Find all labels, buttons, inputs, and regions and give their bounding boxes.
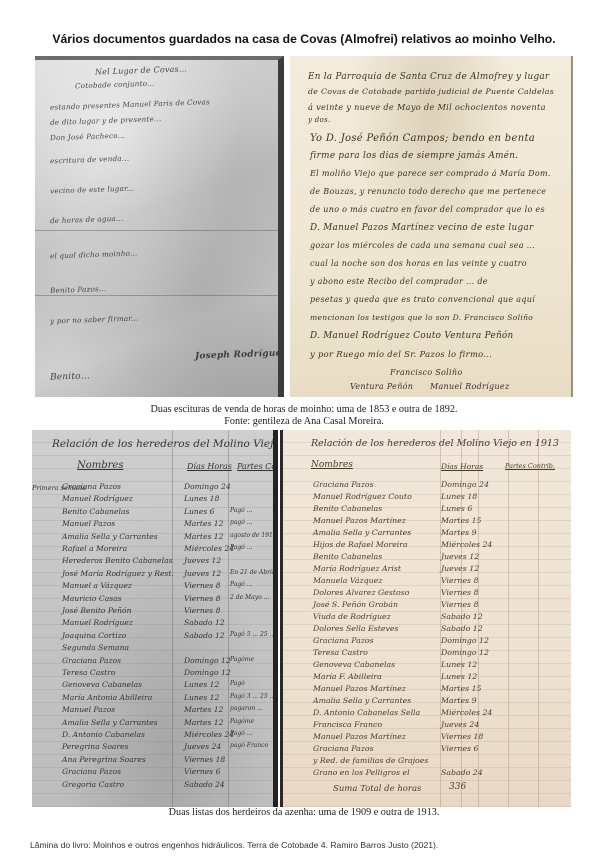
heir-name: Manuel Pazos Martínez: [313, 732, 406, 741]
heir-note: Pagó 3 ... 25 ...: [230, 693, 275, 700]
heir-name: Peregrina Soares: [62, 742, 128, 751]
heir-name: Mauricio Casas: [62, 594, 122, 603]
heir-name: Genoveva Cabanelas: [62, 680, 142, 689]
heir-name: Teresa Castro: [313, 648, 368, 657]
column-header: Nombres: [77, 460, 123, 471]
heir-day-hours: Domingo 24: [441, 480, 489, 489]
heir-note: agosto de 1913: [230, 532, 277, 539]
handwriting-line: mencionan los testigos que lo son D. Fra…: [310, 313, 533, 322]
heirs-list-1913-photo: Relación de los herederos del Molino Vie…: [280, 430, 571, 807]
heir-note: Pagó ...: [230, 730, 252, 737]
heir-name: Graciana Pazos: [313, 636, 374, 645]
handwriting-line: Nel Lugar de Covas...: [95, 64, 187, 76]
heir-day-hours: Martes 9: [441, 528, 477, 537]
handwriting-line: Benito Pazos...: [50, 284, 107, 295]
heir-day-hours: Domingo 12: [184, 668, 231, 677]
heir-day-hours: Martes 15: [441, 516, 482, 525]
heir-name: María Antonia Abilleira: [62, 693, 152, 702]
page-title: Vários documentos guardados na casa de C…: [0, 32, 608, 46]
heir-name: Benito Cabanelas: [313, 552, 382, 561]
heir-name: Manuel a Vázquez: [62, 581, 132, 590]
handwriting-line: y por Ruego mío del Sr. Pazos lo firmo..…: [310, 349, 492, 359]
heir-name: Dolores Alvarez Gestoso: [313, 588, 409, 597]
handwriting-line: D. Manuel Rodríguez Couto Ventura Peñón: [310, 331, 513, 341]
heirs-list-1909-photo: Relación de los herederos del Molino Vie…: [32, 430, 278, 807]
paper-fold: [35, 295, 278, 296]
heir-day-hours: Sabado 24: [184, 780, 225, 789]
heir-name: Herederos Benito Cabanelas: [62, 556, 173, 565]
handwriting-line: y abono este Recibo del comprador ... de: [310, 277, 488, 286]
heir-note: Pagó 5 ... 25 ...: [230, 631, 275, 638]
heir-name: Graciana Pazos: [313, 480, 374, 489]
handwriting-line: cual la noche son dos horas en las veint…: [310, 259, 527, 268]
heir-day-hours: Sabado 12: [184, 618, 225, 627]
heir-name: Manuel Pazos: [62, 519, 115, 528]
handwriting-line: En la Parroquia de Santa Cruz de Almofre…: [308, 72, 549, 82]
heir-name: María F. Abilleira: [313, 672, 382, 681]
heir-name: Grano en los Pelligros el: [313, 768, 410, 777]
heir-day-hours: Miércoles 24: [441, 708, 492, 717]
heir-day-hours: Lunes 6: [441, 504, 472, 513]
book-credit: Lâmina do livro: Moinhos e outros engenh…: [30, 840, 438, 850]
top-caption-line2: Fonte: gentileza de Ana Casal Moreira.: [0, 416, 608, 427]
heir-note: Pagó ...: [230, 544, 252, 551]
total-label: Suma Total de horas: [333, 784, 421, 794]
handwriting-line: y dos.: [308, 116, 331, 124]
heir-day-hours: Martes 15: [441, 684, 482, 693]
heir-day-hours: Martes 12: [184, 519, 223, 528]
heir-name: María Rodríguez Arist: [313, 564, 401, 573]
heir-name: Graciana Pazos: [62, 656, 121, 665]
heir-day-hours: Jueves 12: [441, 552, 479, 561]
handwriting-line: Yo D. José Peñón Campos; bendo en benta: [310, 133, 535, 144]
handwriting-line: el qual dicho moinho...: [50, 248, 138, 260]
heir-day-hours: Martes 12: [184, 532, 223, 541]
heir-day-hours: Viernes 18: [184, 755, 225, 764]
heir-day-hours: Sabado 12: [184, 631, 225, 640]
heir-day-hours: Lunes 6: [184, 507, 214, 516]
heir-day-hours: Lunes 12: [184, 680, 219, 689]
heir-day-hours: Viernes 8: [184, 594, 220, 603]
heir-day-hours: Viernes 8: [184, 581, 220, 590]
handwriting-line: D. Manuel Pazos Martínez vecino de este …: [310, 223, 533, 233]
list-heading: Relación de los herederos del Molino Vie…: [311, 438, 559, 449]
heir-note: Pagó ...: [230, 507, 252, 514]
heir-name: Amalia Sella y Carrantes: [62, 532, 158, 541]
handwriting-line: escritura de venda...: [50, 154, 130, 166]
heir-name: Francisca Franco: [313, 720, 382, 729]
heir-day-hours: Martes 12: [184, 718, 223, 727]
heir-name: José S. Peñón Grobán: [313, 600, 398, 609]
handwriting-line: estando presentes Manuel Paris de Covas: [50, 97, 210, 112]
handwriting-line: y por no saber firmar...: [50, 313, 139, 325]
heir-day-hours: Martes 12: [184, 705, 223, 714]
signature: Ventura Peñón: [350, 382, 413, 391]
heir-name: Teresa Castro: [62, 668, 115, 677]
top-caption-line1: Duas escituras de venda de horas de moin…: [0, 404, 608, 415]
deed-1853-photo: Nel Lugar de Covas... Cotobade conjunto.…: [35, 56, 284, 397]
heir-name: Dolores Sella Esteves: [313, 624, 398, 633]
signature: Francisco Soliño: [390, 368, 462, 377]
handwriting-line: á veinte y nueve de Mayo de Mil ochocien…: [308, 102, 546, 112]
heir-note: pagó Franco: [230, 742, 268, 749]
heir-day-hours: Domingo 12: [184, 656, 231, 665]
heir-note: 2 de Mayo ...: [230, 594, 269, 601]
heir-name: Benito Cabanelas: [62, 507, 129, 516]
heir-note: En 21 de Abril ...: [230, 569, 278, 576]
heir-day-hours: Sabado 24: [441, 768, 483, 777]
heir-day-hours: Viernes 18: [441, 732, 483, 741]
column-header: Partes Cont.: [237, 462, 278, 471]
total-value: 336: [449, 782, 466, 792]
heir-day-hours: Jueves 24: [441, 720, 479, 729]
heir-name: Joaquina Cortizo: [62, 631, 126, 640]
heir-day-hours: Lunes 12: [184, 693, 219, 702]
heir-name: Ana Peregrina Soares: [62, 755, 146, 764]
heir-note: Pagó ...: [230, 581, 252, 588]
handwriting-line: de dito lugar y de presente...: [50, 114, 162, 127]
heir-day-hours: Viernes 8: [441, 588, 478, 597]
heir-day-hours: Domingo 12: [441, 648, 489, 657]
handwriting-line: de horas de agua...: [50, 214, 124, 226]
heir-day-hours: Jueves 12: [184, 569, 221, 578]
heir-note: Pagóme: [230, 718, 254, 725]
deed-1892-photo: En la Parroquia de Santa Cruz de Almofre…: [290, 56, 573, 397]
heir-name: Genoveva Cabanelas: [313, 660, 395, 669]
heir-day-hours: Jueves 24: [184, 742, 221, 751]
heir-day-hours: Lunes 12: [441, 660, 477, 669]
column-rule: [508, 430, 509, 807]
heir-name: Manuel Rodríguez: [62, 618, 133, 627]
handwriting-line: pesetas y queda que es trato convenciona…: [310, 295, 535, 304]
column-header: Días Horas: [441, 462, 483, 471]
column-header: Días Horas: [187, 462, 232, 471]
heir-day-hours: Lunes 12: [441, 672, 477, 681]
heir-name: Manuel Rodríguez Couto: [313, 492, 412, 501]
column-header: Nombres: [311, 460, 353, 470]
heir-name: José María Rodríguez y Rest.: [62, 569, 174, 578]
heir-name: Amalia Sella y Carrantes: [313, 696, 411, 705]
heir-name: Manuel Pazos Martínez: [313, 516, 406, 525]
heir-note: Pagóme: [230, 656, 254, 663]
heir-day-hours: Sabado 12: [441, 624, 483, 633]
heir-name: Manuela Vázquez: [313, 576, 382, 585]
heir-name: Graciana Pazos: [313, 744, 374, 753]
heir-name: José Benito Peñón: [62, 606, 131, 615]
heir-day-hours: Jueves 12: [441, 564, 479, 573]
column-header: Partes Contrib.: [505, 462, 555, 470]
heir-name: Benito Cabanelas: [313, 504, 382, 513]
heir-name: Rafael a Moreira: [62, 544, 127, 553]
handwriting-line: vecino de este lugar...: [50, 184, 135, 196]
column-rule: [538, 430, 539, 807]
heir-name: y Red. de familias de Grajoes: [313, 756, 428, 765]
heir-day-hours: Miércoles 24: [184, 544, 234, 553]
heir-day-hours: Domingo 24: [184, 482, 231, 491]
heir-day-hours: Jueves 12: [184, 556, 221, 565]
heir-note: pagaron ...: [230, 705, 263, 712]
heir-name: Segunda Semana: [62, 643, 129, 652]
heir-name: Graciana Pazos: [62, 482, 121, 491]
bottom-caption: Duas listas dos herdeiros da azenha: uma…: [0, 807, 608, 818]
heir-name: Manuel Rodríguez: [62, 494, 133, 503]
heir-day-hours: Lunes 18: [184, 494, 219, 503]
heir-name: D. Antonio Cabanelas: [62, 730, 145, 739]
handwriting-line: de Covas de Cotobade partido judicial de…: [308, 87, 554, 96]
handwriting-line: El moliño Viejo que parece ser comprado …: [310, 169, 551, 178]
heir-name: Manuel Pazos: [62, 705, 115, 714]
column-rule: [172, 430, 173, 807]
list-heading: Relación de los herederos del Molino Vie…: [52, 438, 278, 450]
heir-day-hours: Domingo 12: [441, 636, 489, 645]
heir-note: Pagó: [230, 680, 245, 687]
paper-fold: [35, 230, 278, 231]
handwriting-line: firme para los dias de siempre jamás Amé…: [310, 151, 518, 161]
heir-day-hours: Lunes 18: [441, 492, 477, 501]
heir-day-hours: Viernes 8: [441, 600, 478, 609]
heir-day-hours: Viernes 8: [184, 606, 220, 615]
heir-name: Amalia Sella y Carrantes: [313, 528, 411, 537]
heir-name: Amalia Sella y Carrantes: [62, 718, 158, 727]
handwriting-line: Benito...: [50, 371, 90, 382]
heir-day-hours: Miércoles 24: [184, 730, 234, 739]
handwriting-line: gozar los miércoles de cada una semana c…: [310, 241, 535, 250]
heir-name: D. Antonio Cabanelas Sella: [313, 708, 420, 717]
heir-name: Viuda de Rodríguez: [313, 612, 391, 621]
heir-day-hours: Viernes 6: [441, 744, 478, 753]
handwriting-line: de Bouzas, y renuncio todo derecho que m…: [310, 187, 546, 196]
heir-day-hours: Martes 9: [441, 696, 477, 705]
handwriting-line: de uno o más cuatro en favor del comprad…: [310, 205, 545, 214]
heir-name: Hijos de Rafael Moreira: [313, 540, 408, 549]
signature: Manuel Rodríguez: [430, 382, 509, 391]
heir-name: Manuel Pazos Martínez: [313, 684, 406, 693]
heir-day-hours: Viernes 6: [184, 767, 220, 776]
heir-name: Graciana Pazos: [62, 767, 121, 776]
heir-day-hours: Sabado 12: [441, 612, 483, 621]
heir-day-hours: Miércoles 24: [441, 540, 492, 549]
handwriting-line: Cotobade conjunto...: [75, 79, 155, 91]
heir-day-hours: Viernes 8: [441, 576, 478, 585]
signature: Joseph Rodríguez: [195, 348, 284, 361]
heir-name: Gregoria Castro: [62, 780, 124, 789]
heir-note: pagó ...: [230, 519, 253, 526]
handwriting-line: Don José Pacheco...: [50, 131, 125, 143]
